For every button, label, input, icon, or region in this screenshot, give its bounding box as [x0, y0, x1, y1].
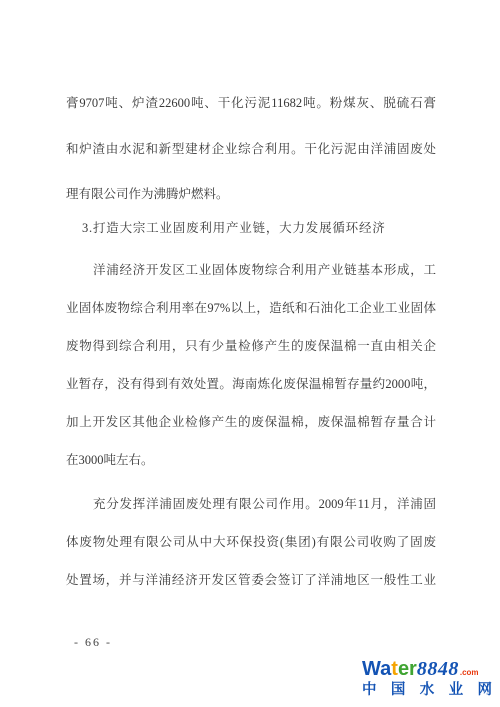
text-line: 和炉渣由水泥和新型建材企业综合利用。干化污泥由洋浦固废处: [66, 127, 436, 173]
water8848-wordmark: Wa t er 8848 .com: [362, 658, 492, 680]
paragraph-2: 洋浦经济开发区工业固体废物综合利用产业链基本形成，工 业固体废物综合利用率在97…: [66, 251, 436, 479]
section-3-heading: 3.打造大宗工业固废利用产业链，大力发展循环经济: [66, 218, 446, 238]
text-line: 业暂存，没有得到有效处置。海南炼化废保温棉暂存量约2000吨，: [66, 365, 436, 403]
wordmark-t: t: [391, 658, 398, 680]
paragraph-continued: 膏9707吨、炉渣22600吨、干化污泥11682吨。粉煤灰、脱硫石膏 和炉渣由…: [66, 81, 436, 218]
text-line: 在3000吨左右。: [66, 441, 436, 479]
text-line: 理有限公司作为沸腾炉燃料。: [66, 172, 436, 218]
text-line: 体废物处理有限公司从中大环保投资(集团)有限公司收购了固废: [66, 523, 436, 561]
text-line: 充分发挥洋浦固废处理有限公司作用。2009年11月，洋浦固: [66, 485, 436, 523]
wordmark-wa: Wa: [362, 658, 391, 680]
watermark-com-suffix: .com: [460, 666, 479, 680]
page-number: - 66 -: [74, 634, 112, 650]
wordmark-er: er: [398, 658, 417, 680]
text-line: 膏9707吨、炉渣22600吨、干化污泥11682吨。粉煤灰、脱硫石膏: [66, 81, 436, 127]
watermark-subtitle-cn: 中国水业网: [362, 682, 492, 699]
water8848-logo: Wa t er 8848 .com 中国水业网: [362, 658, 492, 699]
text-line: 处置场，并与洋浦经济开发区管委会签订了洋浦地区一般性工业: [66, 561, 436, 599]
paragraph-3: 充分发挥洋浦固废处理有限公司作用。2009年11月，洋浦固 体废物处理有限公司从…: [66, 485, 436, 599]
wordmark-8848: 8848: [417, 658, 459, 680]
document-page: 膏9707吨、炉渣22600吨、干化污泥11682吨。粉煤灰、脱硫石膏 和炉渣由…: [0, 0, 500, 707]
text-line: 业固体废物综合利用率在97%以上，造纸和石油化工企业工业固体: [66, 289, 436, 327]
text-line: 洋浦经济开发区工业固体废物综合利用产业链基本形成，工: [66, 251, 436, 289]
text-line: 废物得到综合利用，只有少量检修产生的废保温棉一直由相关企: [66, 327, 436, 365]
text-line: 加上开发区其他企业检修产生的废保温棉，废保温棉暂存量合计: [66, 403, 436, 441]
